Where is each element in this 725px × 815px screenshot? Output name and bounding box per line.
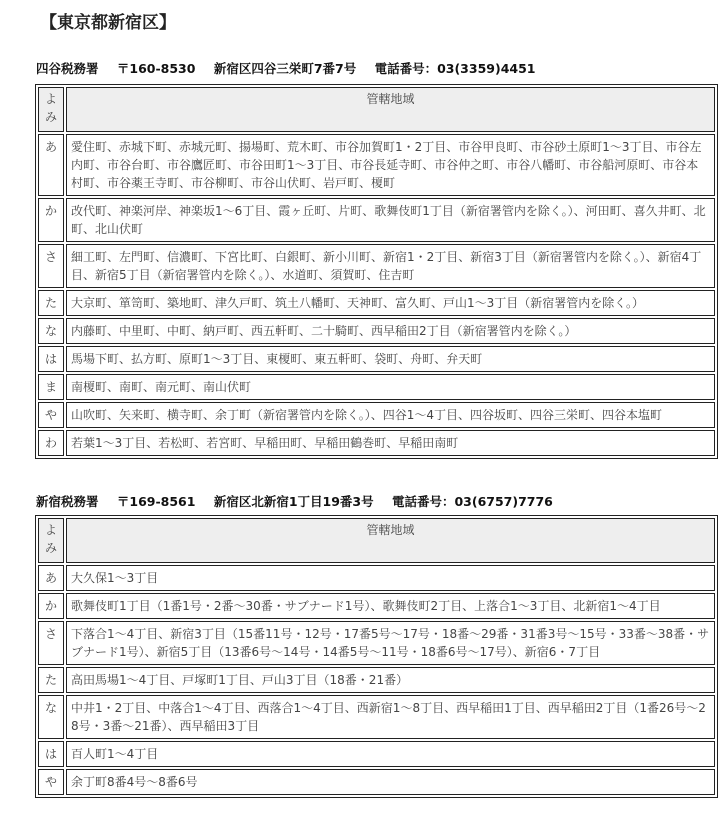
kana-cell: な (38, 695, 64, 739)
office-heading-shinjuku: 新宿税務署 〒169-8561 新宿区北新宿1丁目19番3号 電話番号：03(6… (36, 492, 553, 510)
office-postal-code: 〒160-8530 (117, 61, 196, 76)
areas-cell: 大京町、箪笥町、築地町、津久戸町、筑土八幡町、天神町、富久町、戸山1～3丁目（新… (66, 290, 715, 316)
office-phone: 電話番号：03(3359)4451 (375, 61, 536, 76)
areas-cell: 余丁町8番4号～8番6号 (66, 769, 715, 795)
office-address: 新宿区北新宿1丁目19番3号 (214, 494, 374, 509)
areas-cell: 大久保1～3丁目 (66, 565, 715, 591)
kana-cell: な (38, 318, 64, 344)
areas-cell: 百人町1～4丁目 (66, 741, 715, 767)
column-header-area: 管轄地域 (66, 518, 715, 563)
areas-cell: 高田馬場1～4丁目、戸塚町1丁目、戸山3丁目（18番・21番） (66, 667, 715, 693)
areas-cell: 山吹町、矢来町、横寺町、余丁町（新宿署管内を除く。）、四谷1～4丁目、四谷坂町、… (66, 402, 715, 428)
areas-cell: 南榎町、南町、南元町、南山伏町 (66, 374, 715, 400)
kana-cell: や (38, 402, 64, 428)
table-row: あ 愛住町、赤城下町、赤城元町、揚場町、荒木町、市谷加賀町1・2丁目、市谷甲良町… (38, 134, 715, 196)
table-row: や 余丁町8番4号～8番6号 (38, 769, 715, 795)
kana-cell: ま (38, 374, 64, 400)
office-name: 四谷税務署 (36, 61, 99, 76)
office-name: 新宿税務署 (36, 494, 99, 509)
table-row: な 内藤町、中里町、中町、納戸町、西五軒町、二十騎町、西早稲田2丁目（新宿署管内… (38, 318, 715, 344)
kana-cell: や (38, 769, 64, 795)
table-row: は 百人町1～4丁目 (38, 741, 715, 767)
table-row: あ 大久保1～3丁目 (38, 565, 715, 591)
areas-cell: 若葉1～3丁目、若松町、若宮町、早稲田町、早稲田鶴巻町、早稲田南町 (66, 430, 715, 456)
kana-cell: わ (38, 430, 64, 456)
areas-cell: 下落合1～4丁目、新宿3丁目（15番11号・12号・17番5号～17号・18番～… (66, 621, 715, 665)
areas-cell: 馬場下町、払方町、原町1～3丁目、東榎町、東五軒町、袋町、舟町、弁天町 (66, 346, 715, 372)
column-header-area: 管轄地域 (66, 87, 715, 132)
table-header-row: よみ 管轄地域 (38, 87, 715, 132)
jurisdiction-table-yotsuya: よみ 管轄地域 あ 愛住町、赤城下町、赤城元町、揚場町、荒木町、市谷加賀町1・2… (35, 84, 718, 459)
table-row: わ 若葉1～3丁目、若松町、若宮町、早稲田町、早稲田鶴巻町、早稲田南町 (38, 430, 715, 456)
column-header-yomi: よみ (38, 518, 64, 563)
kana-cell: さ (38, 621, 64, 665)
office-address: 新宿区四谷三栄町7番7号 (214, 61, 356, 76)
kana-cell: た (38, 290, 64, 316)
table-row: や 山吹町、矢来町、横寺町、余丁町（新宿署管内を除く。）、四谷1～4丁目、四谷坂… (38, 402, 715, 428)
kana-cell: あ (38, 134, 64, 196)
kana-cell: さ (38, 244, 64, 288)
kana-cell: あ (38, 565, 64, 591)
kana-cell: か (38, 198, 64, 242)
kana-cell: は (38, 346, 64, 372)
table-row: さ 細工町、左門町、信濃町、下宮比町、白銀町、新小川町、新宿1・2丁目、新宿3丁… (38, 244, 715, 288)
table-row: た 高田馬場1～4丁目、戸塚町1丁目、戸山3丁目（18番・21番） (38, 667, 715, 693)
areas-cell: 歌舞伎町1丁目（1番1号・2番～30番・サブナード1号）、歌舞伎町2丁目、上落合… (66, 593, 715, 619)
table-row: ま 南榎町、南町、南元町、南山伏町 (38, 374, 715, 400)
areas-cell: 内藤町、中里町、中町、納戸町、西五軒町、二十騎町、西早稲田2丁目（新宿署管内を除… (66, 318, 715, 344)
table-header-row: よみ 管轄地域 (38, 518, 715, 563)
areas-cell: 中井1・2丁目、中落合1～4丁目、西落合1～4丁目、西新宿1～8丁目、西早稲田1… (66, 695, 715, 739)
jurisdiction-table-shinjuku: よみ 管轄地域 あ 大久保1～3丁目 か 歌舞伎町1丁目（1番1号・2番～30番… (35, 515, 718, 798)
kana-cell: た (38, 667, 64, 693)
office-postal-code: 〒169-8561 (117, 494, 196, 509)
table-row: か 歌舞伎町1丁目（1番1号・2番～30番・サブナード1号）、歌舞伎町2丁目、上… (38, 593, 715, 619)
areas-cell: 細工町、左門町、信濃町、下宮比町、白銀町、新小川町、新宿1・2丁目、新宿3丁目（… (66, 244, 715, 288)
table-row: さ 下落合1～4丁目、新宿3丁目（15番11号・12号・17番5号～17号・18… (38, 621, 715, 665)
table-row: は 馬場下町、払方町、原町1～3丁目、東榎町、東五軒町、袋町、舟町、弁天町 (38, 346, 715, 372)
areas-cell: 改代町、神楽河岸、神楽坂1～6丁目、霞ヶ丘町、片町、歌舞伎町1丁目（新宿署管内を… (66, 198, 715, 242)
column-header-yomi: よみ (38, 87, 64, 132)
table-row: な 中井1・2丁目、中落合1～4丁目、西落合1～4丁目、西新宿1～8丁目、西早稲… (38, 695, 715, 739)
table-row: か 改代町、神楽河岸、神楽坂1～6丁目、霞ヶ丘町、片町、歌舞伎町1丁目（新宿署管… (38, 198, 715, 242)
kana-cell: か (38, 593, 64, 619)
page-title: 【東京都新宿区】 (40, 8, 176, 33)
areas-cell: 愛住町、赤城下町、赤城元町、揚場町、荒木町、市谷加賀町1・2丁目、市谷甲良町、市… (66, 134, 715, 196)
office-heading-yotsuya: 四谷税務署 〒160-8530 新宿区四谷三栄町7番7号 電話番号：03(335… (36, 59, 535, 77)
office-phone: 電話番号：03(6757)7776 (392, 494, 553, 509)
kana-cell: は (38, 741, 64, 767)
table-row: た 大京町、箪笥町、築地町、津久戸町、筑土八幡町、天神町、富久町、戸山1～3丁目… (38, 290, 715, 316)
